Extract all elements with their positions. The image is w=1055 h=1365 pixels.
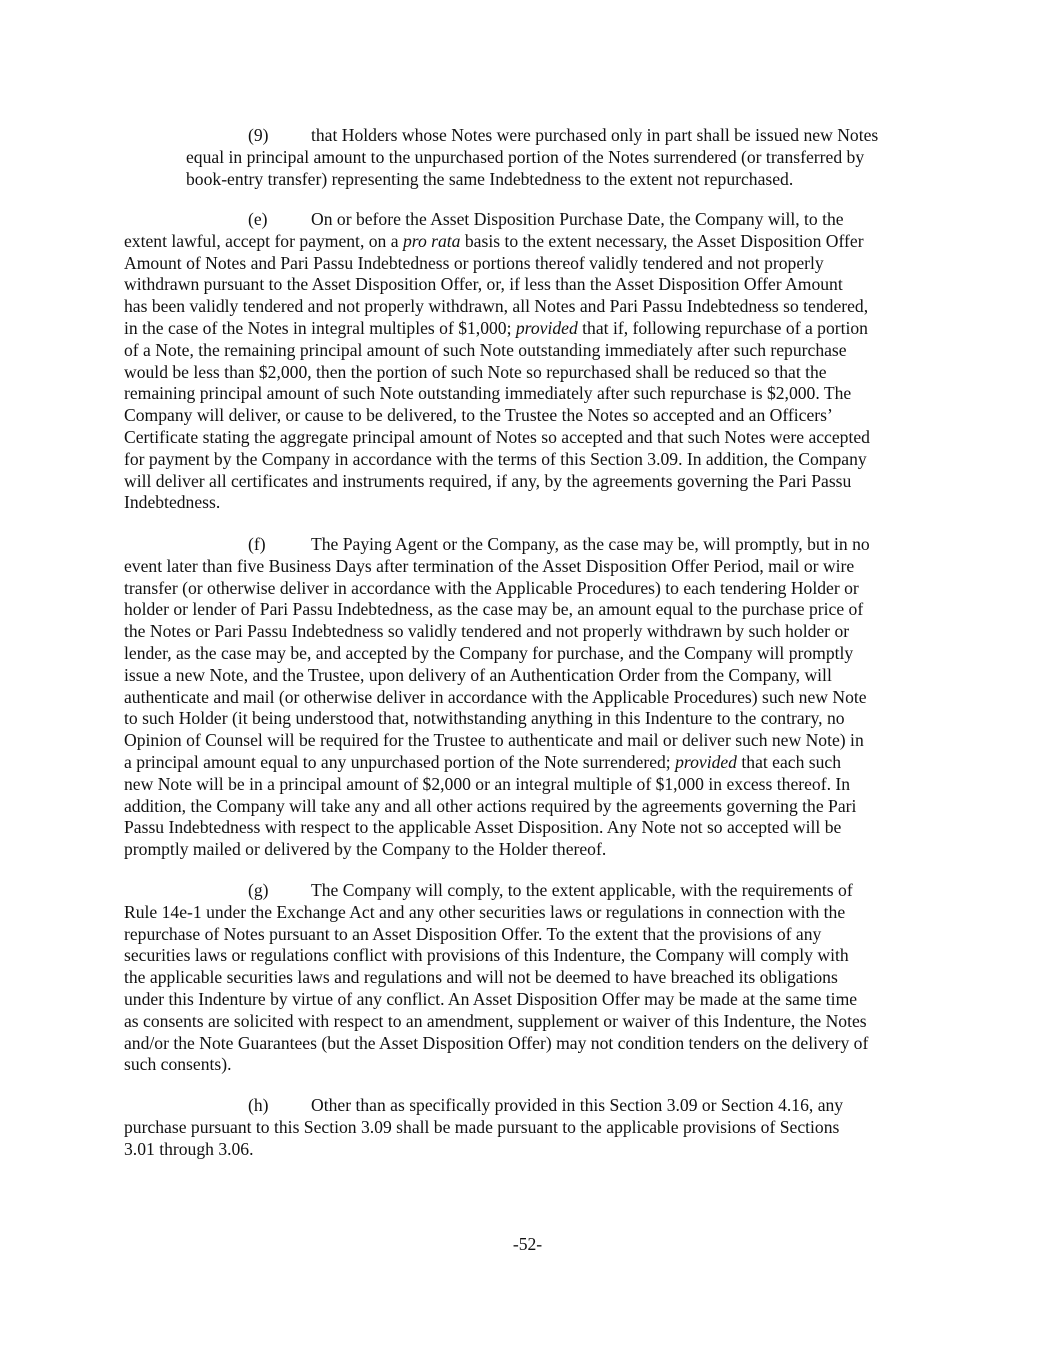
text-line: securities laws or regulations conflict …	[124, 945, 849, 967]
text-run: Passu Indebtedness with respect to the a…	[124, 817, 841, 837]
text-line: Indebtedness.	[124, 492, 220, 514]
paragraph-marker: (9)	[248, 125, 311, 147]
text-run: holder or lender of Pari Passu Indebtedn…	[124, 599, 863, 619]
text-run: The Company will comply, to the extent a…	[311, 880, 853, 900]
text-line: Amount of Notes and Pari Passu Indebtedn…	[124, 253, 824, 275]
text-line: such consents).	[124, 1054, 232, 1076]
text-line: as consents are solicited with respect t…	[124, 1011, 867, 1033]
text-line: Company will deliver, or cause to be del…	[124, 405, 833, 427]
text-run: lender, as the case may be, and accepted…	[124, 643, 853, 663]
text-run: authenticate and mail (or otherwise deli…	[124, 687, 867, 707]
text-line: of a Note, the remaining principal amoun…	[124, 340, 847, 362]
text-line: issue a new Note, and the Trustee, upon …	[124, 665, 832, 687]
text-line: event later than five Business Days afte…	[124, 556, 854, 578]
text-run: transfer (or otherwise deliver in accord…	[124, 578, 859, 598]
text-line: under this Indenture by virtue of any co…	[124, 989, 857, 1011]
paragraph-marker: (e)	[248, 209, 311, 231]
text-line: promptly mailed or delivered by the Comp…	[124, 839, 606, 861]
text-line: extent lawful, accept for payment, on a …	[124, 231, 864, 253]
text-run: has been validly tendered and not proper…	[124, 296, 868, 316]
text-line: (e)On or before the Asset Disposition Pu…	[248, 209, 844, 231]
text-run: equal in principal amount to the unpurch…	[186, 147, 864, 167]
text-line: (9)that Holders whose Notes were purchas…	[248, 125, 878, 147]
text-run: withdrawn pursuant to the Asset Disposit…	[124, 274, 843, 294]
text-line: in the case of the Notes in integral mul…	[124, 318, 868, 340]
text-line: repurchase of Notes pursuant to an Asset…	[124, 924, 821, 946]
text-line: to such Holder (it being understood that…	[124, 708, 845, 730]
text-run: extent lawful, accept for payment, on a	[124, 231, 403, 251]
text-run: in the case of the Notes in integral mul…	[124, 318, 516, 338]
text-run: to such Holder (it being understood that…	[124, 708, 845, 728]
text-run: for payment by the Company in accordance…	[124, 449, 867, 469]
italic-term: provided	[675, 752, 737, 772]
text-line: and/or the Note Guarantees (but the Asse…	[124, 1033, 868, 1055]
text-run: and/or the Note Guarantees (but the Asse…	[124, 1033, 868, 1053]
text-run: basis to the extent necessary, the Asset…	[460, 231, 863, 251]
text-run: under this Indenture by virtue of any co…	[124, 989, 857, 1009]
paragraph-marker: (h)	[248, 1095, 311, 1117]
text-line: Opinion of Counsel will be required for …	[124, 730, 864, 752]
text-line: equal in principal amount to the unpurch…	[186, 147, 864, 169]
text-run: repurchase of Notes pursuant to an Asset…	[124, 924, 821, 944]
text-line: the applicable securities laws and regul…	[124, 967, 838, 989]
text-run: such consents).	[124, 1054, 232, 1074]
text-run: Company will deliver, or cause to be del…	[124, 405, 833, 425]
text-line: would be less than $2,000, then the port…	[124, 362, 827, 384]
text-run: as consents are solicited with respect t…	[124, 1011, 867, 1031]
italic-term: pro rata	[403, 231, 461, 251]
text-run: would be less than $2,000, then the port…	[124, 362, 827, 382]
text-run: remaining principal amount of such Note …	[124, 383, 851, 403]
text-line: will deliver all certificates and instru…	[124, 471, 851, 493]
text-line: (g)The Company will comply, to the exten…	[248, 880, 853, 902]
text-line: transfer (or otherwise deliver in accord…	[124, 578, 859, 600]
text-line: has been validly tendered and not proper…	[124, 296, 868, 318]
text-line: purchase pursuant to this Section 3.09 s…	[124, 1117, 839, 1139]
text-run: issue a new Note, and the Trustee, upon …	[124, 665, 832, 685]
text-line: new Note will be in a principal amount o…	[124, 774, 850, 796]
text-run: Opinion of Counsel will be required for …	[124, 730, 864, 750]
text-line: book-entry transfer) representing the sa…	[186, 169, 793, 191]
text-line: authenticate and mail (or otherwise deli…	[124, 687, 867, 709]
text-run: event later than five Business Days afte…	[124, 556, 854, 576]
text-line: Passu Indebtedness with respect to the a…	[124, 817, 841, 839]
text-line: Rule 14e-1 under the Exchange Act and an…	[124, 902, 845, 924]
text-line: a principal amount equal to any unpurcha…	[124, 752, 841, 774]
text-run: will deliver all certificates and instru…	[124, 471, 851, 491]
text-line: addition, the Company will take any and …	[124, 796, 856, 818]
text-run: that each such	[737, 752, 841, 772]
text-run: new Note will be in a principal amount o…	[124, 774, 850, 794]
text-run: that if, following repurchase of a porti…	[578, 318, 868, 338]
text-run: securities laws or regulations conflict …	[124, 945, 849, 965]
paragraph-marker: (f)	[248, 534, 311, 556]
text-run: The Paying Agent or the Company, as the …	[311, 534, 870, 554]
text-run: Certificate stating the aggregate princi…	[124, 427, 870, 447]
text-run: book-entry transfer) representing the sa…	[186, 169, 793, 189]
text-run: addition, the Company will take any and …	[124, 796, 856, 816]
text-run: of a Note, the remaining principal amoun…	[124, 340, 847, 360]
italic-term: provided	[516, 318, 578, 338]
text-run: On or before the Asset Disposition Purch…	[311, 209, 844, 229]
text-line: remaining principal amount of such Note …	[124, 383, 851, 405]
text-run: a principal amount equal to any unpurcha…	[124, 752, 675, 772]
text-line: (h)Other than as specifically provided i…	[248, 1095, 843, 1117]
text-line: 3.01 through 3.06.	[124, 1139, 254, 1161]
page-number: -52-	[0, 1233, 1055, 1255]
text-line: holder or lender of Pari Passu Indebtedn…	[124, 599, 863, 621]
text-line: for payment by the Company in accordance…	[124, 449, 867, 471]
text-run: promptly mailed or delivered by the Comp…	[124, 839, 606, 859]
text-line: Certificate stating the aggregate princi…	[124, 427, 870, 449]
paragraph-marker: (g)	[248, 880, 311, 902]
text-run: Indebtedness.	[124, 492, 220, 512]
text-run: 3.01 through 3.06.	[124, 1139, 254, 1159]
text-run: purchase pursuant to this Section 3.09 s…	[124, 1117, 839, 1137]
text-run: Amount of Notes and Pari Passu Indebtedn…	[124, 253, 824, 273]
text-run: that Holders whose Notes were purchased …	[311, 125, 878, 145]
text-run: Other than as specifically provided in t…	[311, 1095, 843, 1115]
text-run: Rule 14e-1 under the Exchange Act and an…	[124, 902, 845, 922]
document-page: (9)that Holders whose Notes were purchas…	[0, 0, 1055, 1365]
text-run: the Notes or Pari Passu Indebtedness so …	[124, 621, 849, 641]
text-line: withdrawn pursuant to the Asset Disposit…	[124, 274, 843, 296]
text-run: the applicable securities laws and regul…	[124, 967, 838, 987]
text-line: lender, as the case may be, and accepted…	[124, 643, 853, 665]
text-line: the Notes or Pari Passu Indebtedness so …	[124, 621, 849, 643]
text-line: (f)The Paying Agent or the Company, as t…	[248, 534, 870, 556]
